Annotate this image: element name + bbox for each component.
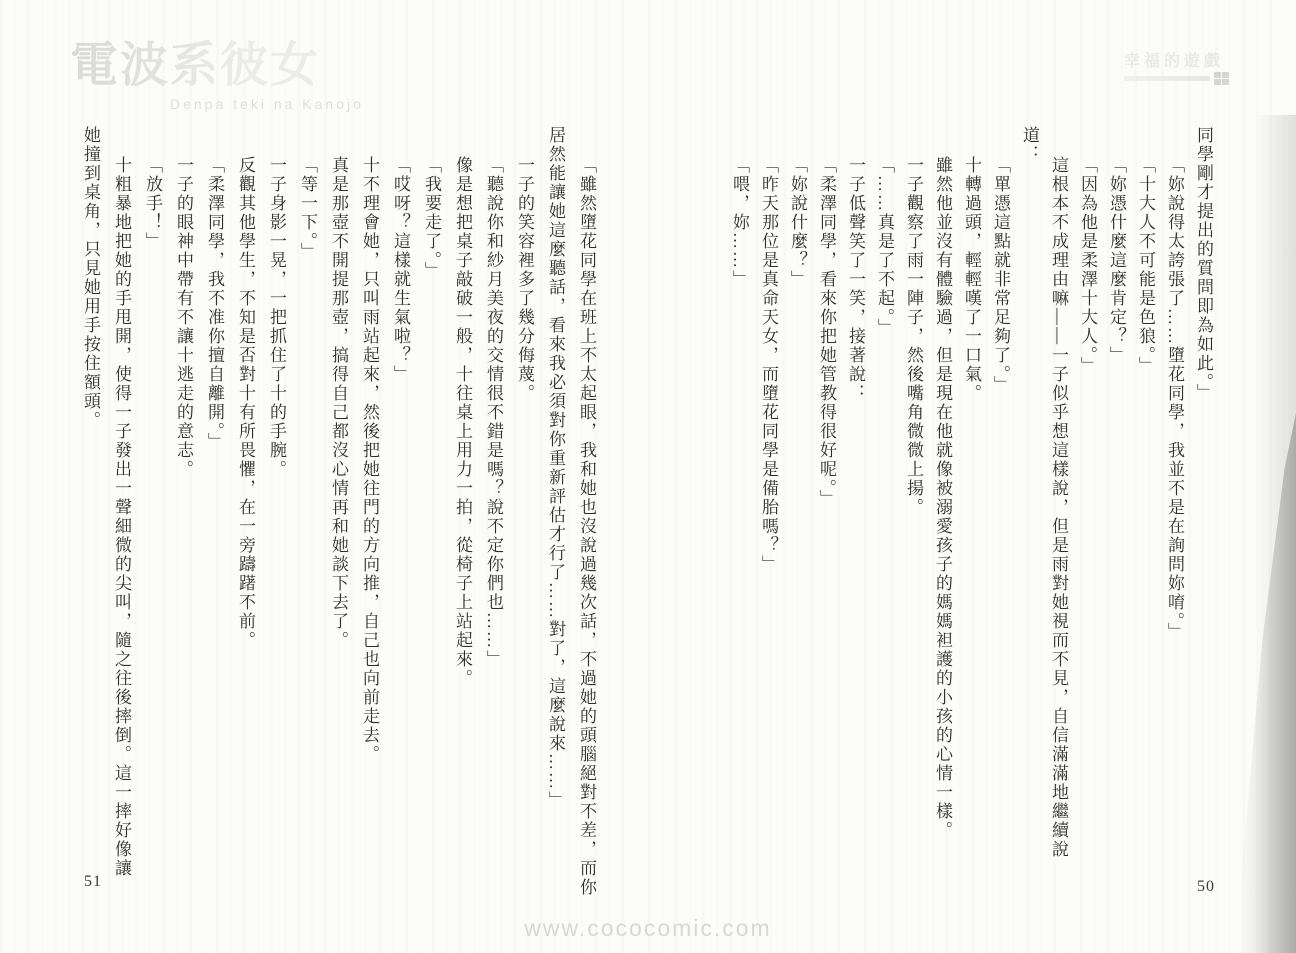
text-column: 「放手！」 — [137, 126, 168, 906]
text-column-container-left: 「雖然墮花同學在班上不太起眼，我和她也沒說過幾次話，不過她的頭腦絕對不差，而你居… — [74, 126, 602, 906]
text-column: 「聽說你和紗月美夜的交情很不錯是嗎？說不定你們也……」 — [478, 126, 509, 906]
watermark-url: www.cococomic.com — [524, 915, 771, 942]
text-column: 居然能讓她這麼聽話，看來我必須對你重新評估才行了……對了，這麼說來……」 — [540, 126, 571, 906]
volume-subtitle-faint-text — [1124, 76, 1210, 81]
text-column: 道： — [1015, 126, 1044, 906]
volume-title-text: 幸福的遊戲 — [1124, 48, 1224, 71]
scanned-novel-page: { "branding": { "logo_title": "電波系彼女", "… — [0, 0, 1296, 953]
text-column: 「十大人不可能是色狼。」 — [1131, 126, 1160, 906]
text-column: 「昨天那位是真命天女，而墮花同學是備胎嗎？」 — [754, 126, 783, 906]
text-column: 「柔澤同學，我不准你擅自離開。」 — [199, 126, 230, 906]
text-column: 「妳說什麼？」 — [783, 126, 812, 906]
text-column: 「因為他是柔澤十大人。」 — [1073, 126, 1102, 906]
text-column: 真是那壺不開提那壺，搞得自己都沒心情再和她談下去了。 — [323, 126, 354, 906]
text-column: 「等一下。」 — [292, 126, 323, 906]
text-column: 十不理會她，只叫雨站起來，然後把她往門的方向推，自己也向前走去。 — [354, 126, 385, 906]
text-column: 「……真是了不起。」 — [870, 126, 899, 906]
text-column: 雖然他並沒有體驗過，但是現在他就像被溺愛孩子的媽媽袒護的小孩的心情一樣。 — [928, 126, 957, 906]
text-column: 她撞到桌角，只見她用手按住額頭。 — [75, 126, 106, 906]
text-column: 同學剛才提出的質問即為如此。」 — [1189, 126, 1218, 906]
text-column: 「柔澤同學，看來你把她管教得很好呢。」 — [812, 126, 841, 906]
series-logo-romanization: Denpa teki na Kanojo — [170, 96, 364, 112]
text-column: 「單憑這點就非常足夠了。」 — [986, 126, 1015, 906]
text-column: 反觀其他學生，不知是否對十有所畏懼，在一旁躊躇不前。 — [230, 126, 261, 906]
text-column: 十粗暴地把她的手甩開，使得一子發出一聲細微的尖叫，隨之往後摔倒。這一摔好像讓 — [106, 126, 137, 906]
text-column: 像是想把桌子敲破一般，十往桌上用力一拍，從椅子上站起來。 — [447, 126, 478, 906]
page-number-left: 51 — [84, 873, 102, 891]
publisher-badge-blocks — [1214, 72, 1229, 85]
text-column: 「喂，妳……」 — [725, 126, 754, 906]
text-column: 「哎呀？這樣就生氣啦？」 — [385, 126, 416, 906]
text-column-container-right: 同學剛才提出的質問即為如此。」「妳說得太誇張了……墮花同學，我並不是在詢問妳唷。… — [724, 126, 1218, 906]
text-column: 這根本不成理由嘛——一子似乎想這樣說，但是雨對她視而不見，自信滿滿地繼續說 — [1044, 126, 1073, 906]
text-column: 「妳憑什麼這麼肯定？」 — [1102, 126, 1131, 906]
text-column: 一子觀察了雨一陣子，然後嘴角微微上揚。 — [899, 126, 928, 906]
text-column: 一子低聲笑了一笑，接著說： — [841, 126, 870, 906]
text-column: 一子的笑容裡多了幾分侮蔑。 — [509, 126, 540, 906]
volume-title-logo: 幸福的遊戲 — [1124, 48, 1224, 81]
text-column: 十轉過頭，輕輕嘆了一口氣。 — [957, 126, 986, 906]
page-number-right: 50 — [1197, 878, 1215, 896]
text-column: 一子身影一晃，一把抓住了十的手腕。 — [261, 126, 292, 906]
text-column: 一子的眼神中帶有不讓十逃走的意志。 — [168, 126, 199, 906]
series-logo: 電波系彼女 Denpa teki na Kanojo — [70, 26, 320, 95]
book-edge-shadow — [1226, 115, 1296, 953]
series-logo-title: 電波系彼女 — [70, 26, 320, 95]
text-column: 「我要走了。」 — [416, 126, 447, 906]
text-column: 「雖然墮花同學在班上不太起眼，我和她也沒說過幾次話，不過她的頭腦絕對不差，而你 — [571, 126, 602, 906]
text-column: 「妳說得太誇張了……墮花同學，我並不是在詢問妳唷。」 — [1160, 126, 1189, 906]
